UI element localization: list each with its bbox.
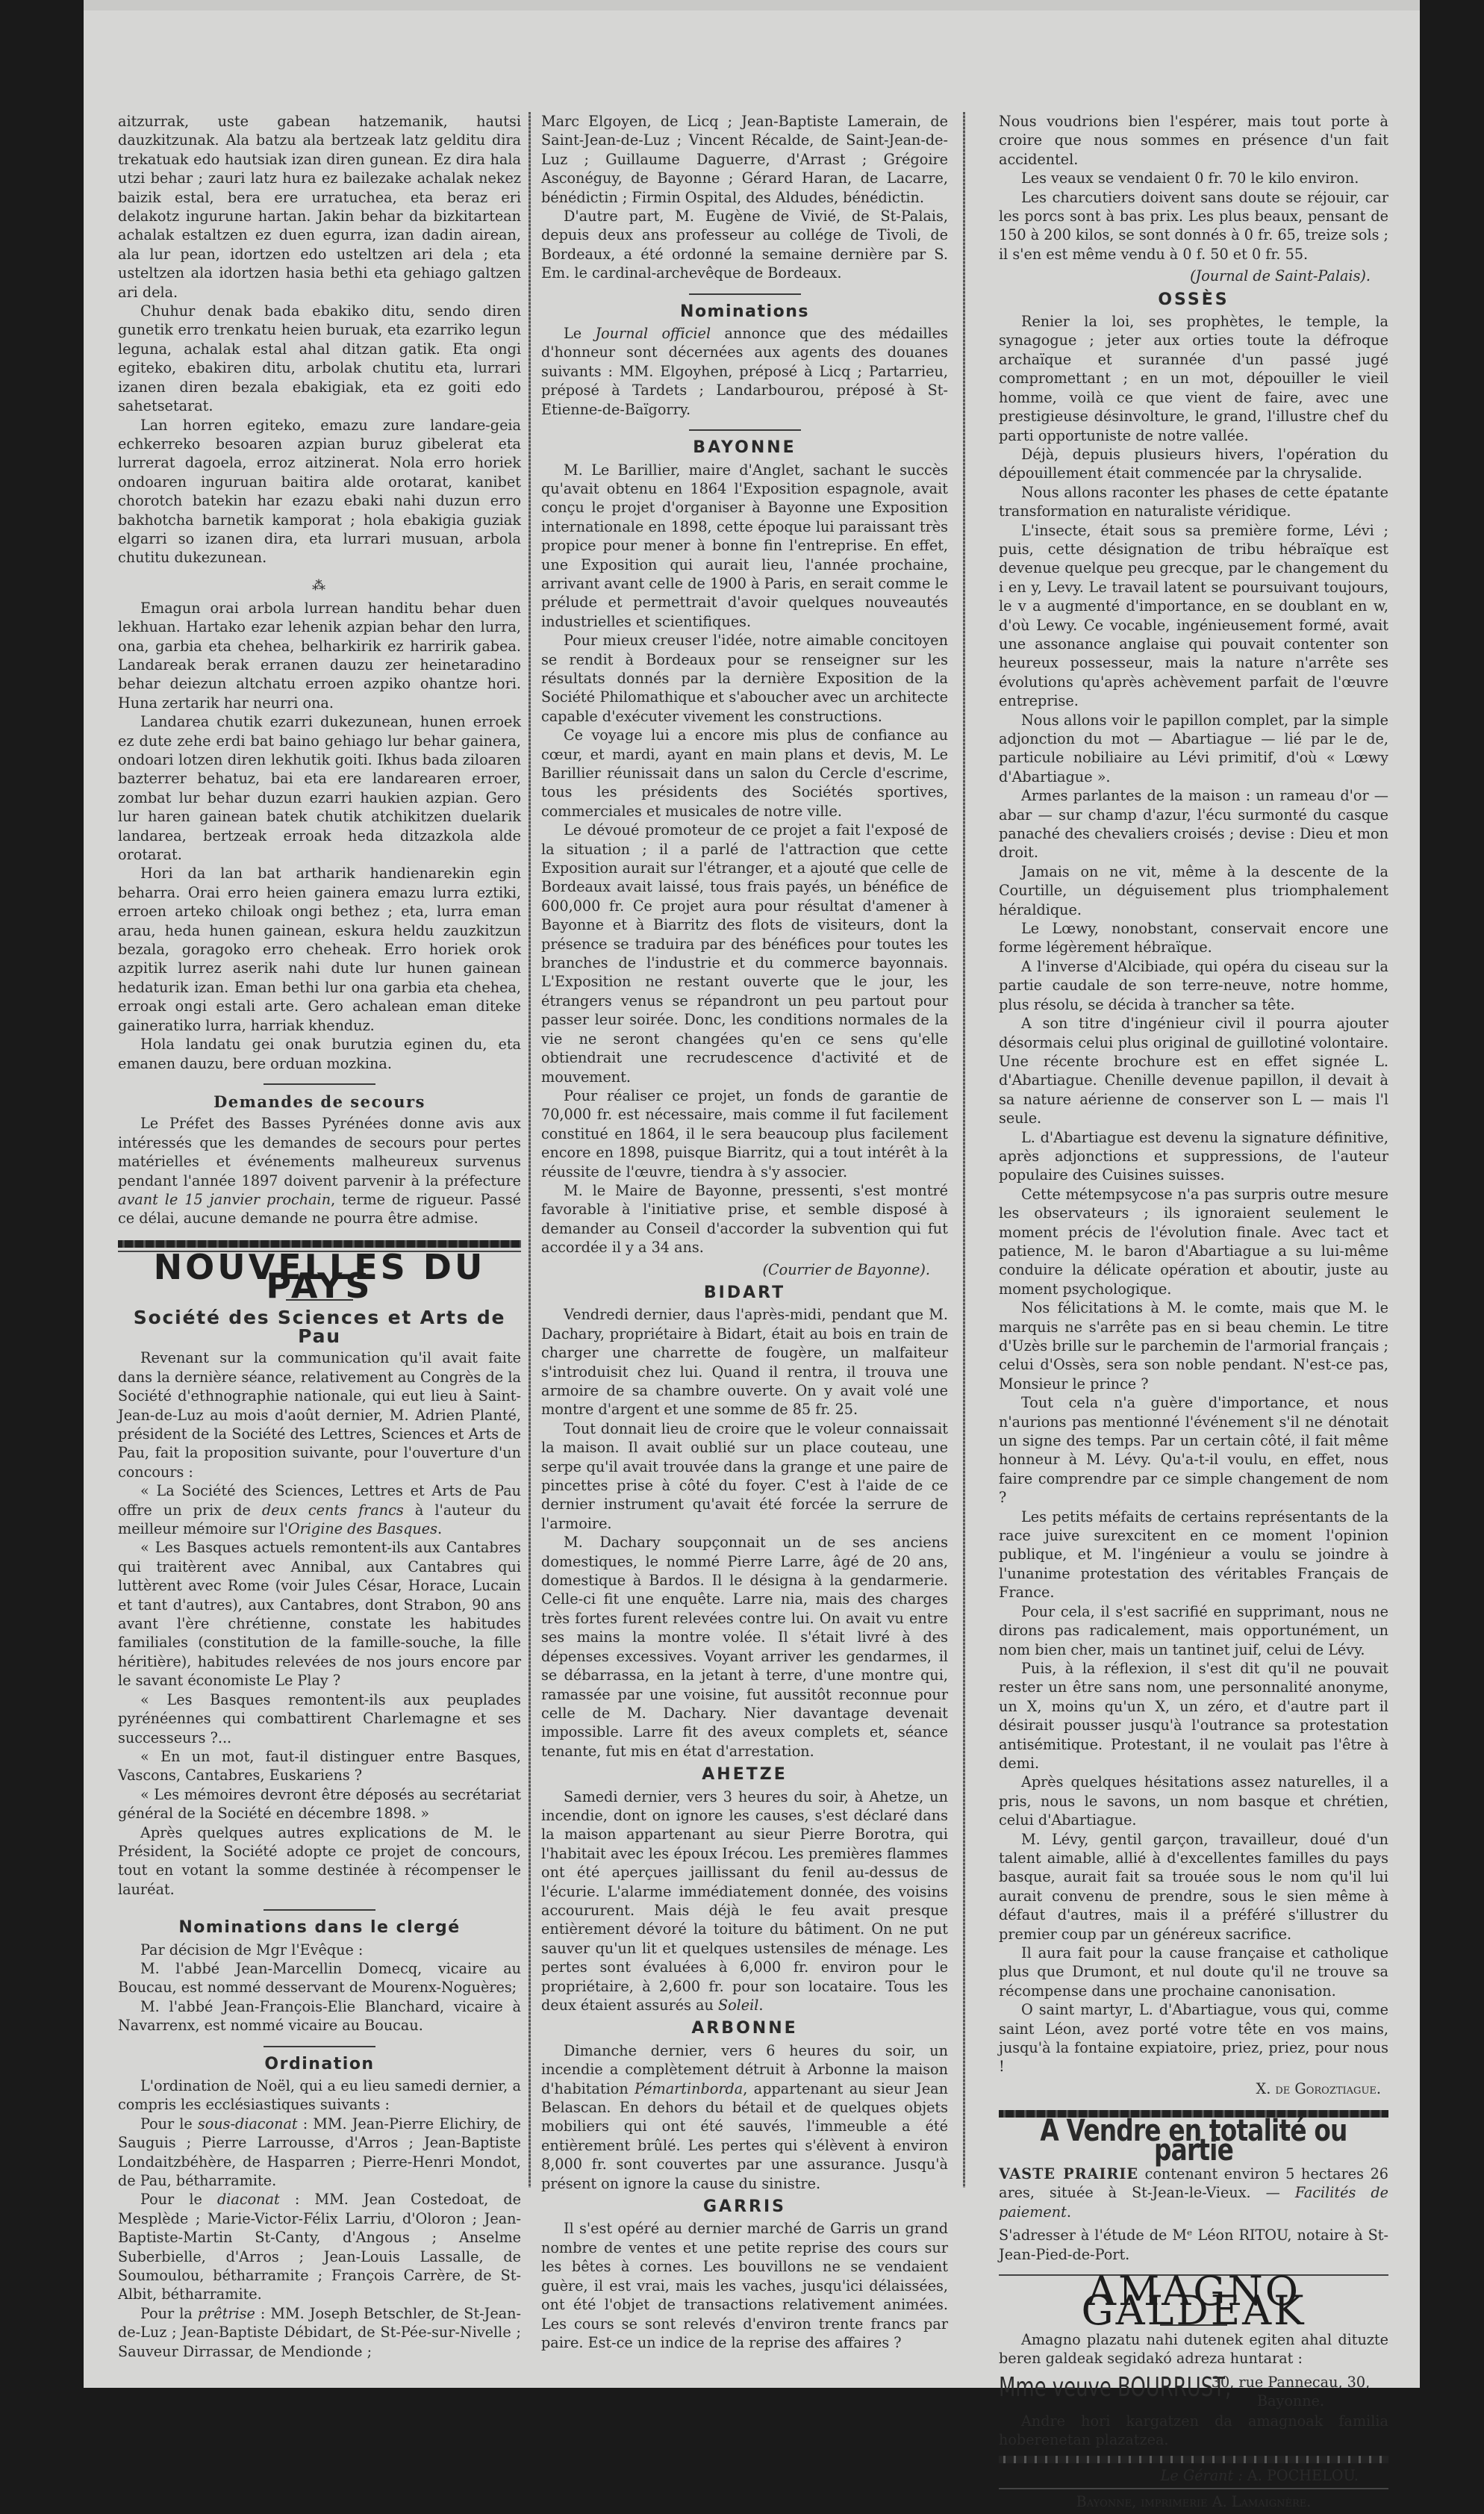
article-paragraph: Cette métempsycose n'a pas surpris outre… (999, 1185, 1388, 1298)
basque-paragraph: aitzurrak, uste gabean hatzemanik, hauts… (118, 112, 521, 302)
column-2: Marc Elgoyen, de Licq ; Jean-Baptiste La… (541, 112, 948, 2352)
article-paragraph: Le dévoué promoteur de ce projet a fait … (541, 821, 948, 1086)
article-paragraph: Pour cela, il s'est sacrifié en supprima… (999, 1602, 1388, 1659)
article-paragraph: Tout cela n'a guère d'importance, et nou… (999, 1393, 1388, 1507)
article-paragraph: Nos félicitations à M. le comte, mais qu… (999, 1298, 1388, 1393)
article-paragraph: « Les mémoires devront être déposés au s… (118, 1785, 521, 1823)
article-paragraph: L'ordination de Noël, qui a eu lieu same… (118, 2076, 521, 2115)
article-paragraph: « Les Basques remontent-ils aux peuplade… (118, 1690, 521, 1747)
article-paragraph: L'insecte, était sous sa première forme,… (999, 521, 1388, 711)
section-title-societe: Société des Sciences et Arts de Pau (118, 1308, 521, 1346)
article-paragraph: Après quelques autres explications de M.… (118, 1823, 521, 1899)
basque-paragraph: Hola landatu gei onak burutzia eginen du… (118, 1035, 521, 1073)
article-paragraph: Marc Elgoyen, de Licq ; Jean-Baptiste La… (541, 112, 948, 207)
article-paragraph: Vendredi dernier, daus l'après-midi, pen… (541, 1305, 948, 1419)
article-paragraph: Samedi dernier, vers 3 heures du soir, à… (541, 1788, 948, 2015)
section-title-osses: OSSÈS (999, 290, 1388, 309)
article-paragraph: M. le Maire de Bayonne, pressenti, s'est… (541, 1181, 948, 1257)
ad-title-vendre: A Vendre en totalité ou partie (1034, 2122, 1353, 2160)
article-paragraph: Le Préfet des Basses Pyrénées donne avis… (118, 1114, 521, 1228)
article-paragraph: « La Société des Sciences, Lettres et Ar… (118, 1481, 521, 1538)
section-title-nominations: Nominations (541, 302, 948, 321)
article-paragraph: Après quelques hésitations assez naturel… (999, 1773, 1388, 1829)
section-title-garris: GARRIS (541, 2197, 948, 2216)
page-top-edge (84, 0, 1420, 10)
article-source: (Courrier de Bayonne). (541, 1260, 948, 1279)
article-paragraph: Par décision de Mgr l'Evêque : (118, 1941, 521, 1959)
article-paragraph: Tout donnait lieu de croire que le voleu… (541, 1419, 948, 1533)
column-1: aitzurrak, uste gabean hatzemanik, hauts… (118, 112, 521, 2361)
article-paragraph: M. l'abbé Jean-François-Elie Blanchard, … (118, 1997, 521, 2035)
article-paragraph: L. d'Abartiague est devenu la signature … (999, 1128, 1388, 1185)
section-title-ordination: Ordination (118, 2055, 521, 2073)
column-divider-1 (529, 112, 531, 2188)
article-paragraph: Renier la loi, ses prophètes, le temple,… (999, 312, 1388, 445)
article-paragraph: Le Journal officiel annonce que des méda… (541, 324, 948, 419)
ad-text: VASTE PRAIRIE contenant environ 5 hectar… (999, 2165, 1388, 2221)
ad-title-amagno: AMAGNO GALDEAK (999, 2282, 1388, 2320)
article-paragraph: O saint martyr, L. d'Abartiague, vous qu… (999, 2000, 1388, 2076)
article-paragraph: M. l'abbé Jean-Marcellin Domecq, vicaire… (118, 1959, 521, 1997)
article-paragraph: Déjà, depuis plusieurs hivers, l'opérati… (999, 445, 1388, 483)
article-paragraph: Ce voyage lui a encore mis plus de confi… (541, 726, 948, 821)
section-divider (264, 1083, 375, 1085)
section-title-demandes: Demandes de secours (118, 1092, 521, 1111)
article-paragraph: Dimanche dernier, vers 6 heures du soir,… (541, 2041, 948, 2193)
article-paragraph: Il aura fait pour la cause française et … (999, 1944, 1388, 2000)
article-signature: X. de Goroztiague. (999, 2079, 1388, 2098)
ad-contact-row: Mme veuve BOURRUST, 30, rue Pannecau, 30… (999, 2373, 1388, 2388)
section-title-bidart: BIDART (541, 1284, 948, 1302)
article-paragraph: « En un mot, faut-il distinguer entre Ba… (118, 1747, 521, 1785)
basque-paragraph: Lan horren egiteko, emazu zure landare-g… (118, 416, 521, 567)
article-paragraph: Puis, à la réflexion, il s'est dit qu'il… (999, 1659, 1388, 1773)
article-paragraph: Revenant sur la communication qu'il avai… (118, 1348, 521, 1481)
article-paragraph: « Les Basques actuels remontent-ils aux … (118, 1538, 521, 1690)
article-paragraph: Il s'est opéré au dernier marché de Garr… (541, 2219, 948, 2352)
article-paragraph: Nous allons raconter les phases de cette… (999, 483, 1388, 521)
section-divider (689, 429, 801, 431)
ad-text: Amagno plazatu nahi dutenek egiten ahal … (999, 2330, 1388, 2368)
article-paragraph: Armes parlantes de la maison : un rameau… (999, 786, 1388, 862)
section-title-bayonne: BAYONNE (541, 438, 948, 457)
article-paragraph: Nous allons voir le papillon complet, pa… (999, 711, 1388, 787)
article-paragraph: A l'inverse d'Alcibiade, qui opéra du ci… (999, 957, 1388, 1014)
article-paragraph: Pour le sous-diaconat : MM. Jean-Pierre … (118, 2115, 521, 2191)
section-title-arbonne: ARBONNE (541, 2019, 948, 2038)
article-paragraph: Pour le diaconat : MM. Jean Costedoat, d… (118, 2190, 521, 2303)
article-paragraph: Pour réaliser ce projet, un fonds de gar… (541, 1086, 948, 1181)
column-divider-2 (963, 112, 965, 2188)
article-paragraph: Pour la prêtrise : MM. Joseph Betschler,… (118, 2304, 521, 2361)
ad-text: S'adresser à l'étude de Mᵉ Léon RITOU, n… (999, 2226, 1388, 2264)
basque-paragraph: Emagun orai arbola lurrean handitu behar… (118, 599, 521, 712)
basque-paragraph: Landarea chutik ezarri dukezunean, hunen… (118, 712, 521, 864)
section-title-ahetze: AHETZE (541, 1765, 948, 1784)
asterism-separator: ⁂ (118, 578, 521, 594)
article-paragraph: Nous voudrions bien l'espérer, mais tout… (999, 112, 1388, 169)
article-source: (Journal de Saint-Palais). (999, 267, 1388, 285)
ad-contact-name: Mme veuve BOURRUST, (999, 2373, 1138, 2388)
basque-paragraph: Hori da lan bat artharik handienarekin e… (118, 864, 521, 1035)
section-divider (264, 2046, 375, 2047)
article-paragraph: M. Dachary soupçonnait un de ses anciens… (541, 1533, 948, 1761)
article-paragraph: A son titre d'ingénieur civil il pourra … (999, 1014, 1388, 1127)
section-divider (264, 1909, 375, 1911)
article-paragraph: M. Le Barillier, maire d'Anglet, sachant… (541, 461, 948, 632)
section-title-clerge: Nominations dans le clergé (118, 1918, 521, 1937)
article-paragraph: Les veaux se vendaient 0 fr. 70 le kilo … (999, 169, 1388, 187)
article-paragraph: M. Lévy, gentil garçon, travailleur, dou… (999, 1830, 1388, 1944)
section-masthead: NOUVELLES DU PAYS (118, 1258, 521, 1296)
section-divider (689, 293, 801, 295)
column-3: Nous voudrions bien l'espérer, mais tout… (999, 112, 1388, 2388)
article-paragraph: Jamais on ne vit, même à la descente de … (999, 862, 1388, 919)
article-paragraph: Les charcutiers doivent sans doute se ré… (999, 188, 1388, 264)
basque-paragraph: Chuhur denak bada ebakiko ditu, sendo di… (118, 302, 521, 415)
article-paragraph: Le Lœwy, nonobstant, conservait encore u… (999, 919, 1388, 957)
article-paragraph: Pour mieux creuser l'idée, notre aimable… (541, 631, 948, 726)
article-paragraph: D'autre part, M. Eugène de Vivié, de St-… (541, 207, 948, 283)
article-paragraph: Les petits méfaits de certains représent… (999, 1508, 1388, 1602)
